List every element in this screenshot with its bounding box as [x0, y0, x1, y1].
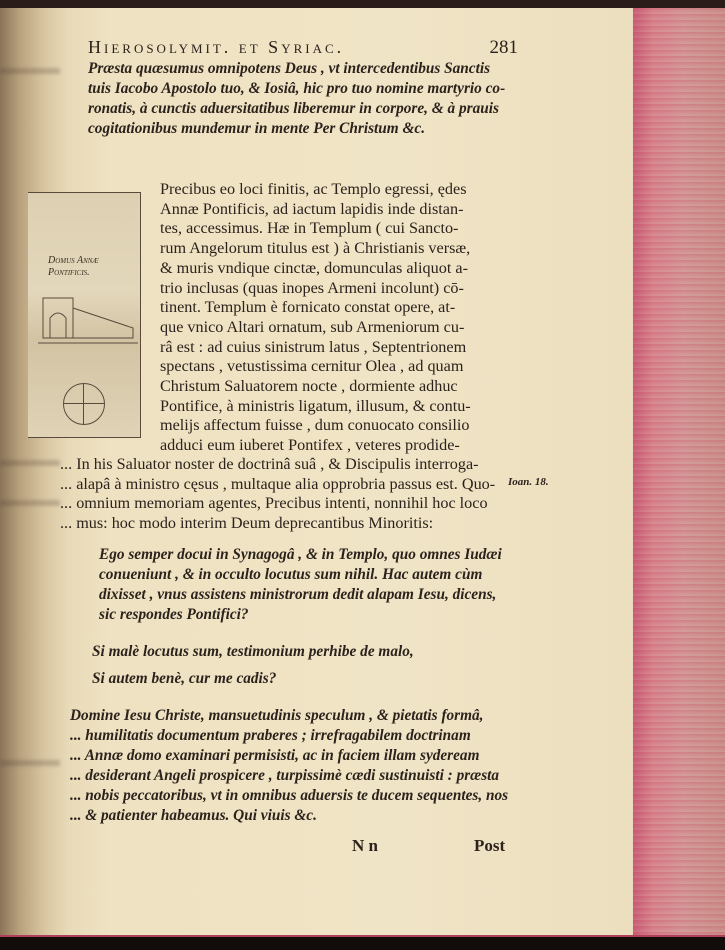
- building-icon: [38, 293, 138, 348]
- text-line: ... humilitatis documentum praberes ; ir…: [70, 726, 530, 746]
- text-line: ronatis, à cunctis aduersitatibus libere…: [88, 99, 528, 119]
- marginal-note: Ioan. 18.: [508, 476, 549, 488]
- facing-page-ghost-text: [0, 460, 60, 466]
- text-line: ... nobis peccatoribus, vt in omnibus ad…: [70, 786, 530, 806]
- facing-page-ghost-text: [0, 68, 60, 74]
- closing-prayer: Domine Iesu Christe, mansuetudinis specu…: [70, 706, 530, 826]
- wheel-icon: [63, 383, 105, 425]
- text-line: tinent. Templum è fornicato constat oper…: [160, 298, 530, 318]
- text-line: tuis Iacobo Apostolo tuo, & Iosiâ, hic p…: [88, 79, 528, 99]
- text-line: ... In his Saluator noster de doctrinâ s…: [60, 455, 530, 475]
- facing-page-ghost-text: [0, 760, 60, 766]
- text-line: dixisset , vnus assistens ministrorum de…: [99, 585, 529, 605]
- text-line: Si autem benè, cur me cadis?: [92, 665, 522, 692]
- versicle: Si malè locutus sum, testimonium perhibe…: [92, 638, 522, 692]
- text-line: Præsta quæsumus omnipotens Deus , vt int…: [88, 59, 528, 79]
- text-line: melijs affectum fuisse , dum conuocato c…: [160, 416, 530, 436]
- running-head-title: Hierosolymit. et Syriac.: [88, 37, 344, 57]
- illustration-caption: Domus Annæ Pontificis.: [48, 255, 99, 279]
- text-line: sic respondes Pontifici?: [99, 605, 529, 625]
- main-paragraph: Precibus eo loci finitis, ac Templo egre…: [160, 180, 530, 456]
- caption-line: Pontificis.: [48, 267, 99, 279]
- text-line: Christum Saluatorem nocte , dormiente ad…: [160, 377, 530, 397]
- opening-prayer: Præsta quæsumus omnipotens Deus , vt int…: [88, 59, 528, 139]
- caption-line: Domus Annæ: [48, 255, 99, 267]
- text-line: Si malè locutus sum, testimonium perhibe…: [92, 638, 522, 665]
- text-line: cogitationibus mundemur in mente Per Chr…: [88, 119, 528, 139]
- facing-page-ghost-text: [0, 500, 60, 506]
- catchword: Post: [474, 836, 505, 856]
- text-line: Precibus eo loci finitis, ac Templo egre…: [160, 180, 530, 200]
- text-line: Domine Iesu Christe, mansuetudinis specu…: [70, 706, 530, 726]
- text-line: ... & patienter habeamus. Qui viuis &c.: [70, 806, 530, 826]
- text-line: ... mus: hoc modo interim Deum deprecant…: [60, 514, 530, 534]
- text-line: Annæ Pontificis, ad iactum lapidis inde …: [160, 200, 530, 220]
- woodcut-illustration: Domus Annæ Pontificis.: [28, 192, 141, 438]
- text-line: spectans , vetustissima cernitur Olea , …: [160, 357, 530, 377]
- text-line: adduci eum iuberet Pontifex , veteres pr…: [160, 436, 530, 456]
- text-line: Pontifice, à ministris ligatum, illusum,…: [160, 397, 530, 417]
- text-line: ... omnium memoriam agentes, Precibus in…: [60, 494, 530, 514]
- main-paragraph-continued: ... In his Saluator noster de doctrinâ s…: [60, 455, 530, 534]
- text-line: trio inclusas (quas inopes Armeni incolu…: [160, 279, 530, 299]
- text-line: râ est : ad cuius sinistrum latus , Sept…: [160, 338, 530, 358]
- scan-top-border: [0, 0, 725, 8]
- page-number: 281: [490, 37, 519, 59]
- text-line: tes, accessimus. Hæ in Templum ( cui San…: [160, 219, 530, 239]
- gospel-quote: Ego semper docui in Synagogâ , & in Temp…: [99, 545, 529, 625]
- signature-mark: N n: [352, 836, 378, 856]
- text-line: Ego semper docui in Synagogâ , & in Temp…: [99, 545, 529, 565]
- text-line: que vnico Altari ornatum, sub Armeniorum…: [160, 318, 530, 338]
- text-line: ... alapâ à ministro cęsus , multaque al…: [60, 475, 530, 495]
- text-line: ... Annæ domo examinari permisisti, ac i…: [70, 746, 530, 766]
- text-line: ... desiderant Angeli prospicere , turpi…: [70, 766, 530, 786]
- running-head: Hierosolymit. et Syriac. 281: [88, 37, 518, 58]
- scan-bottom-border: [0, 935, 725, 950]
- text-line: conueniunt , & in occulto locutus sum ni…: [99, 565, 529, 585]
- text-line: & muris vndique cinctæ, domunculas aliqu…: [160, 259, 530, 279]
- red-sprinkled-page-edge: [633, 8, 725, 936]
- text-line: rum Angelorum titulus est ) à Christiani…: [160, 239, 530, 259]
